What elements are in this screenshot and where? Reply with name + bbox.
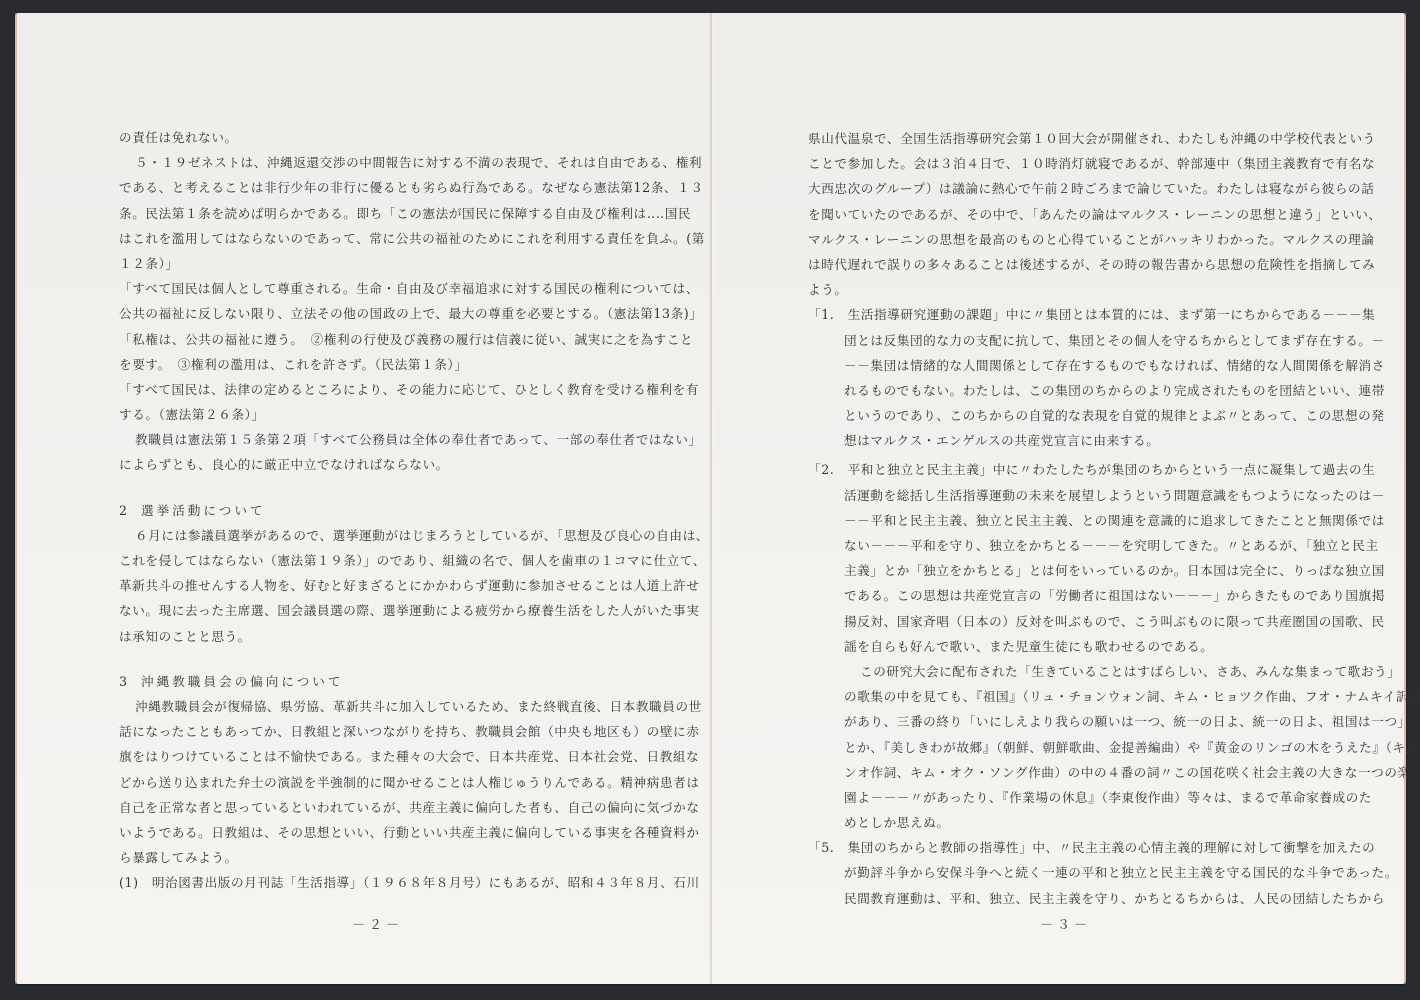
text-line: 園よ－－－〃があったり、『作業場の休息』（李東俊作曲）等々は、まるで革命家養成の… [808,785,1420,810]
text-line: １２条）」 [119,251,709,276]
text-line: －－平和と民主主義、独立と民主主義、との関連を意識的に追求してきたことと無関係で… [808,508,1420,533]
text-line: 「私権は、公共の福祉に遵う。 ②権利の行使及び義務の履行は信義に従い、誠実に之を… [119,327,709,352]
text-line: ら暴露してみよう。 [119,845,709,870]
text-line: めとしか思えぬ。 [808,810,1420,835]
page-3-body: 県山代温泉で、全国生活指導研究会第１０回大会が開催され、わたしも沖縄の中学校代表… [808,126,1420,911]
text-line: いようである。日教組は、その思想といい、行動といい共産主義に偏向している事実を各… [119,820,709,845]
paper-edge [1404,13,1406,984]
text-line: よう。 [808,277,1420,302]
text-line: の歌集の中を見ても、『祖国』（リュ・チョンウォン詞、キム・ヒョツク作曲、フオ・ナ… [808,684,1420,709]
text-line: 「すべて国民は、法律の定めるところにより、その能力に応じて、ひとしく教育を受ける… [119,377,709,402]
section-title: 沖縄教職員会の偏向について [141,674,343,689]
page-2: の責任は免れない。５・１９ゼネストは、沖縄返還交渉の中間報告に対する不満の表現で… [15,13,712,984]
text-line: によらずとも、良心的に厳正中立でなければならない。 [119,452,709,477]
text-line: があり、三番の終り「いにしえより我らの願いは一つ、統一の日よ、統一の日よ、祖国は… [808,709,1420,734]
text-line: これを侵してはならない（憲法第１９条）」のであり、組織の名で、個人を歯車の１コマ… [119,548,709,573]
text-line: この研究大会に配布された「生きていることはすばらしい、さあ、みんな集まって歌おう… [808,659,1420,684]
text-line: 想はマルクス・エンゲルスの共産党宣言に由来する。 [808,428,1420,453]
text-line: 公共の福祉に反しない限り、立法その他の国政の上で、最大の尊重を必要とする。（憲法… [119,301,709,326]
text-line: はこれを濫用してはならないのであって、常に公共の福祉のためにこれを利用する責任を… [119,226,709,251]
text-line: ５・１９ゼネストは、沖縄返還交渉の中間報告に対する不満の表現で、それは自由である… [119,150,709,175]
text-line: というのであり、このちからの自覚的な表現を自覚的規律とよぶ〃とあって、この思想の… [808,403,1420,428]
text-line: 沖縄教職員会が復帰協、県労協、革新共斗に加入しているため、また終戦直後、日本教職… [119,694,709,719]
text-line: 「2. 平和と独立と民主主義」中に〃わたしたちが集団のちからという一点に凝集して… [808,457,1420,482]
text-line: する。（憲法第２６条）」 [119,402,709,427]
text-line: 主義」とか「独立をかちとる」とは何をいっているのか。日本国は完全に、りっぱな独立… [808,558,1420,583]
section-title: 選挙活動について [141,503,266,518]
text-line: れるものでもない。わたしは、この集団のちからのより完成されたものを団結といい、連… [808,378,1420,403]
text-line: (1) 明治図書出版の月刊誌「生活指導」（１９６８年８月号）にもあるが、昭和４３… [119,870,709,895]
text-line: は時代遅れで誤りの多々あることは後述するが、その時の報告書から思想の危険性を指摘… [808,252,1420,277]
section-number: 2 [119,503,127,518]
text-line: ６月には参議員選挙があるので、選挙運動がはじまろうとしているが、「思想及び良心の… [119,523,709,548]
text-line: 大西忠次のグループ）は議論に熱心で午前２時ごろまで論じていた。わたしは寝ながら彼… [808,176,1420,201]
text-line: ことで参加した。会は３泊４日で、１０時消灯就寝であるが、幹部連中（集団主義教育で… [808,151,1420,176]
section-heading: 3沖縄教職員会の偏向について [119,669,709,694]
text-line: 「5. 集団のちからと教師の指導性」中、〃民主主義の心情主義的理解に対して衝撃を… [808,835,1420,860]
text-line: を聞いていたのであるが、その中で、「あんたの論はマルクス・レーニンの思想と違う」… [808,202,1420,227]
page-number: －２－ [352,914,403,933]
text-line: 革新共斗の推せんする人物を、好むと好まざるとにかかわらず運動に参加させることは人… [119,573,709,598]
paper-edge [15,13,17,984]
text-line: どから送り込まれた弁士の演説を半強制的に聞かせることは人権じゅうりんである。精神… [119,770,709,795]
text-line: 揚反対、国家斉唱（日本の）反対を叫ぶもので、こう叫ぶものに限って共産圏国の国歌、… [808,609,1420,634]
text-line: 自己を正常な者と思っているといわれているが、共産主義に偏向した者も、自己の偏向に… [119,795,709,820]
text-line: である、と考えることは非行少年の非行に優るとも劣らぬ行為である。なぜなら憲法第1… [119,175,709,200]
text-line: 活運動を総括し生活指導運動の未来を展望しようという問題意識をもつようになったのは… [808,483,1420,508]
section-heading: 2選挙活動について [119,498,709,523]
text-line: 条。民法第１条を読めば明らかである。即ち「この憲法が国民に保障する自由及び権利は… [119,201,709,226]
text-line: －－集団は情緒的な人間関係として存在するものでもなければ、情緒的な人間関係を解消… [808,353,1420,378]
text-line: ない－－－平和を守り、独立をかちとる－－－を究明してきた。〃とあるが、「独立と民… [808,533,1420,558]
text-line: 「1. 生活指導研究運動の課題」中に〃集団とは本質的には、まず第一にちからである… [808,302,1420,327]
page-fold [709,13,715,984]
text-line: 「すべて国民は個人として尊重される。生命・自由及び幸福追求に対する国民の権利につ… [119,276,709,301]
text-line: ない。現に去った主席選、国会議員選の際、選挙運動による疲労から療養生活をした人が… [119,598,709,623]
text-line: 謡を自らも好んで歌い、また児童生徒にも歌わせるのである。 [808,634,1420,659]
page-number: －３－ [1040,914,1091,933]
text-line: を要す。 ③権利の濫用は、これを許さず。（民法第１条）」 [119,352,709,377]
text-line: 教職員は憲法第１５条第２項「すべて公務員は全体の奉仕者であって、一部の奉仕者では… [119,427,709,452]
text-line: の責任は免れない。 [119,125,709,150]
page-3: 県山代温泉で、全国生活指導研究会第１０回大会が開催され、わたしも沖縄の中学校代表… [712,13,1406,984]
text-line: マルクス・レーニンの思想を最高のものと心得ていることがハッキリわかった。マルクス… [808,227,1420,252]
text-line: 県山代温泉で、全国生活指導研究会第１０回大会が開催され、わたしも沖縄の中学校代表… [808,126,1420,151]
text-line: が勤評斗争から安保斗争へと続く一連の平和と独立と民主主義を守る国民的な斗争であっ… [808,860,1420,885]
text-line: 団とは反集団的な力の支配に抗して、集団とその個人を守るちからとしてまず存在する。… [808,328,1420,353]
page-2-body: の責任は免れない。５・１９ゼネストは、沖縄返還交渉の中間報告に対する不満の表現で… [119,125,709,895]
text-line: 民間教育運動は、平和、独立、民主主義を守り、かちとるちからは、人民の団結したちか… [808,886,1420,911]
section-number: 3 [119,674,127,689]
text-line: 旗をはりつけていることは不愉快である。また種々の大会で、日本共産党、日本社会党、… [119,744,709,769]
text-line: とか、『美しきわが故郷』（朝鮮、朝鮮歌曲、金提善編曲）や『黄金のリンゴの木をうえ… [808,735,1420,760]
text-line: は承知のことと思う。 [119,624,709,649]
text-line: 話になったこともあってか、日教組と深いつながりを持ち、教職員会館（中央も地区も）… [119,719,709,744]
text-line: ンオ作詞、キム・オク・ソング作曲）の中の４番の詞〃この国花咲く社会主義の大きな一… [808,760,1420,785]
text-line: である。この思想は共産党宣言の「労働者に祖国はない－－－」からきたものであり国旗… [808,583,1420,608]
